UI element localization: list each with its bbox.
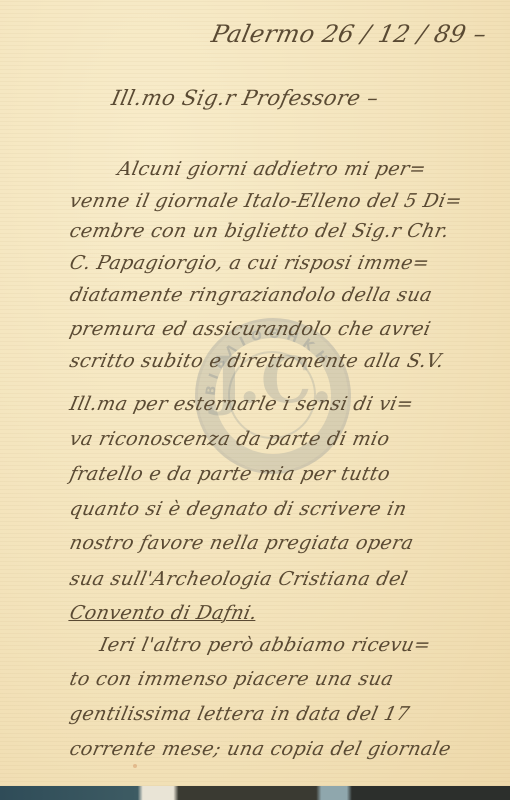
letter-line: cembre con un biglietto del Sig.r Chr.	[68, 220, 451, 242]
letter-line: premura ed assicurandolo che avrei	[68, 318, 433, 340]
letter-line: Convento di Dafni.	[68, 602, 260, 624]
letter-line: nostro favore nella pregiata opera	[68, 532, 416, 554]
letter-line: va riconoscenza da parte di mio	[68, 428, 392, 450]
paper-stain	[133, 764, 137, 768]
dateline: Palermo 26 / 12 / 89 –	[209, 20, 489, 48]
letter-line: quanto si è degnato di scrivere in	[68, 498, 409, 520]
letter-line: venne il giornale Italo-Elleno del 5 Di=	[68, 190, 465, 212]
letter-line: to con immenso piacere una sua	[68, 668, 396, 690]
scan-edge-strip	[0, 786, 510, 800]
letter-line: sua sull'Archeologia Cristiana del	[68, 568, 410, 590]
letter-line: diatamente ringraziandolo della sua	[68, 284, 435, 306]
letter-line: fratello e da parte mia per tutto	[68, 463, 393, 485]
letter-line: Ill.ma per esternarle i sensi di vi=	[68, 393, 416, 415]
letter-line: corrente mese; una copia del giornale	[68, 738, 454, 760]
salutation: Ill.mo Sig.r Professore –	[109, 86, 381, 110]
letter-line: C. Papagiorgio, a cui risposi imme=	[68, 252, 432, 274]
letter-line: Alcuni giorni addietro mi per=	[116, 158, 429, 180]
letter-line: gentilissima lettera in data del 17	[68, 703, 412, 725]
letter-line: Ieri l'altro però abbiamo ricevu=	[98, 634, 433, 656]
letter-line: scritto subito e direttamente alla S.V.	[68, 350, 446, 372]
letter-page: ΒΙΒΛΙΟΘΗΚΗ J.C. Palermo 26 / 12 / 89 – I…	[0, 0, 510, 786]
